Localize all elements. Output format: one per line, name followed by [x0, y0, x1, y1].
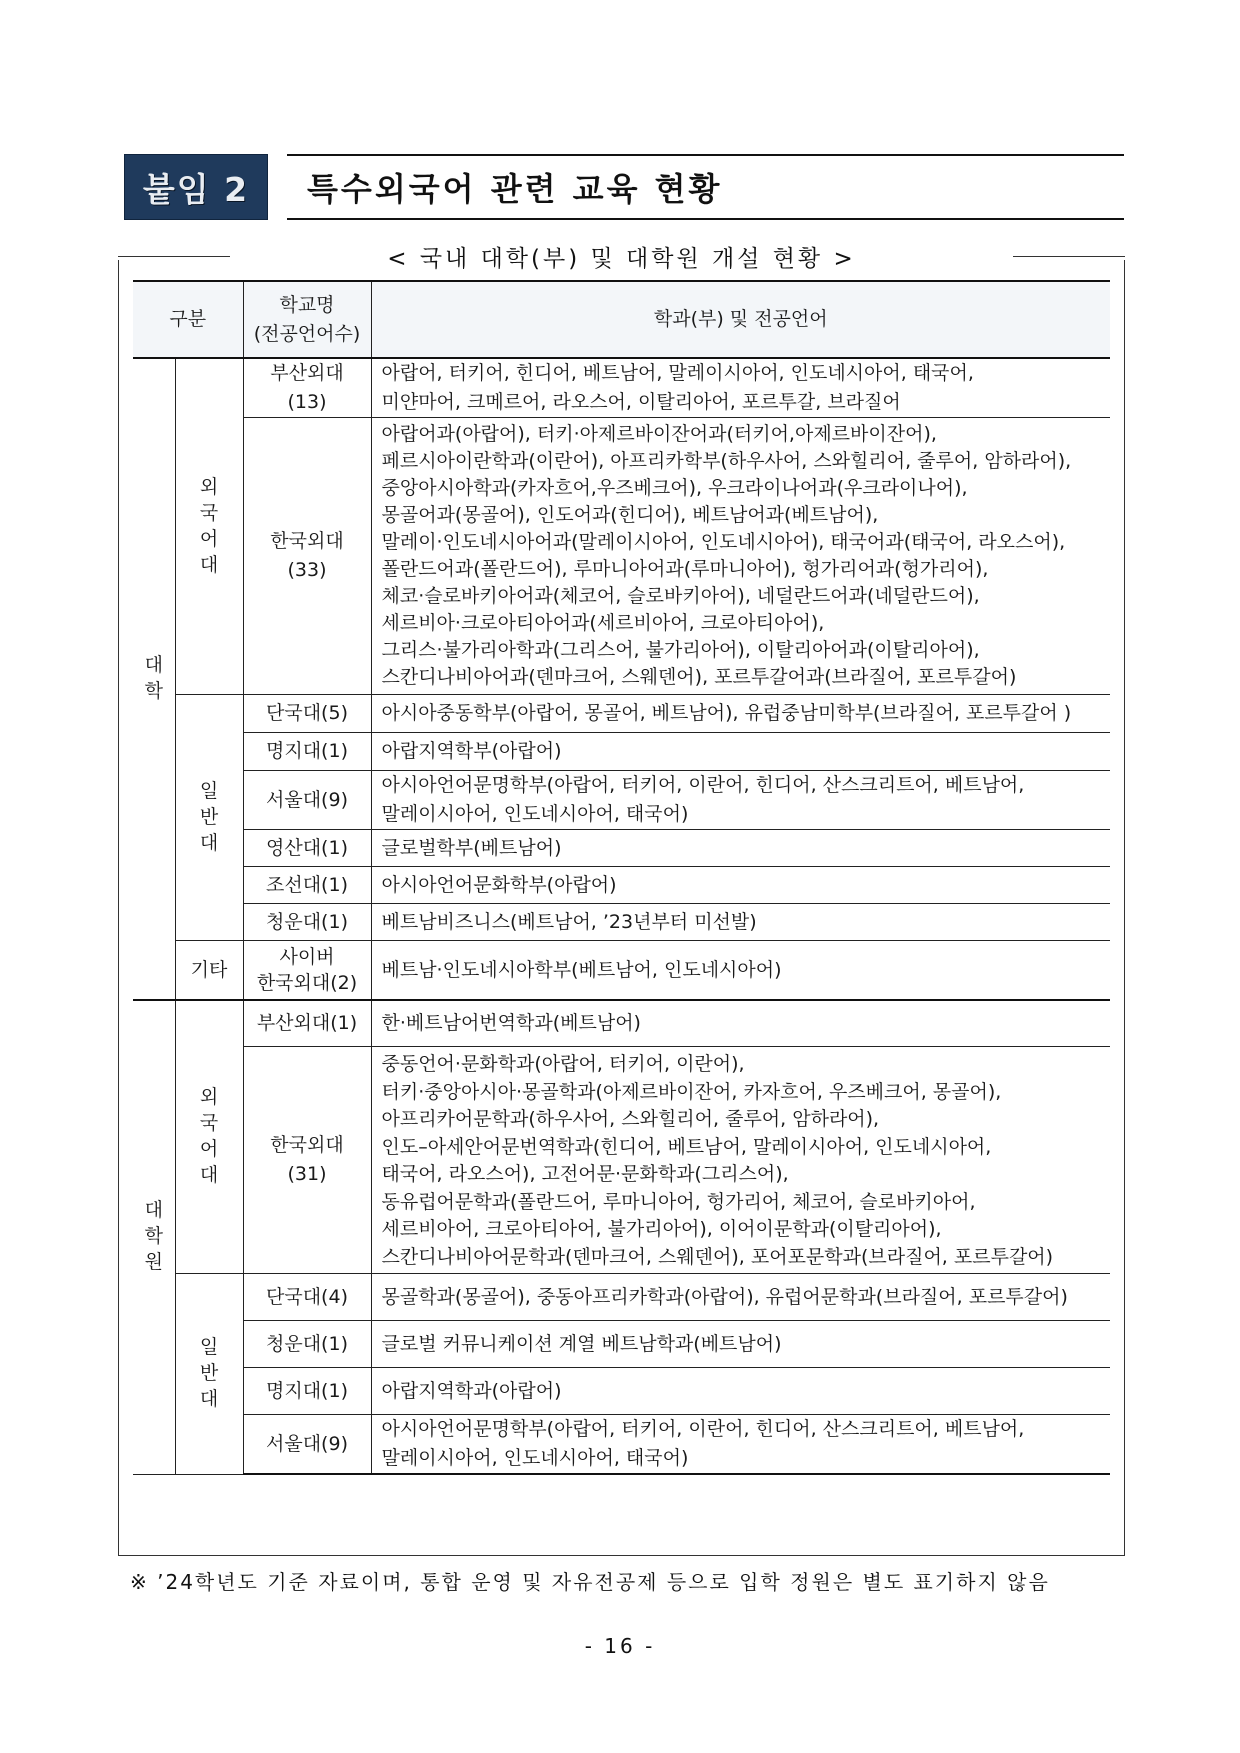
school-name: 영산대(1) [248, 834, 367, 863]
school-name: 서울대(9) [248, 1430, 367, 1459]
school-count: (33) [248, 556, 367, 585]
department-line: 아랍어과(아랍어), 터키·아제르바이잔어과(터키어,아제르바이잔어), [382, 421, 1101, 448]
school-cell: 청운대(1) [243, 904, 371, 941]
school-name: 명지대(1) [248, 1377, 367, 1406]
school-cell: 단국대(5) [243, 695, 371, 733]
department-line: 그리스·불가리아학과(그리스어, 불가리아어), 이탈리아어과(이탈리아어), [382, 637, 1101, 664]
footnote: ※ ’24학년도 기준 자료이며, 통합 운영 및 자유전공제 등으로 입학 정… [130, 1566, 1050, 1595]
attachment-badge: 붙임 2 [124, 154, 268, 220]
header-school-line1: 학교명 [254, 291, 361, 320]
table-row: 한국외대 (33) 아랍어과(아랍어), 터키·아제르바이잔어과(터키어,아제르… [133, 418, 1110, 695]
school-cell: 조선대(1) [243, 867, 371, 904]
group-undergrad-label: 대학 [143, 652, 164, 704]
department-line: 아시아언어문명학부(아랍어, 터키어, 이란어, 힌디어, 산스크리트어, 베트… [382, 771, 1101, 800]
subgroup-general-univ: 일반대 [175, 695, 243, 941]
group-grad-label: 대학원 [143, 1197, 164, 1275]
department-line: 페르시아이란학과(이란어), 아프리카학부(하우사어, 스와힐리어, 줄루어, … [382, 448, 1101, 475]
department-line: 글로벌 커뮤니케이션 계열 베트남학과(베트남어) [382, 1330, 1101, 1359]
table-row: 명지대(1) 아랍지역학과(아랍어) [133, 1368, 1110, 1415]
table-row: 청운대(1) 베트남비즈니스(베트남어, ’23년부터 미선발) [133, 904, 1110, 941]
departments-cell: 글로벌학부(베트남어) [371, 830, 1110, 867]
header-category: 구분 [133, 281, 243, 358]
subgroup-foreign-univ: 외국어대 [175, 358, 243, 695]
school-name: 부산외대 [248, 359, 367, 388]
departments-cell: 베트남비즈니스(베트남어, ’23년부터 미선발) [371, 904, 1110, 941]
department-line: 아시아언어문화학부(아랍어) [382, 871, 1101, 900]
department-line: 세르비아어, 크로아티아어, 불가리아어), 이어이문학과(이탈리아어), [382, 1216, 1101, 1244]
department-line: 중앙아시아학과(카자흐어,우즈베크어), 우크라이나어과(우크라이나어), [382, 475, 1101, 502]
departments-cell: 몽골학과(몽골어), 중동아프리카학과(아랍어), 유럽어문학과(브라질어, 포… [371, 1274, 1110, 1321]
department-line: 터키·중앙아시아·몽골학과(아제르바이잔어, 카자흐어, 우즈베크어, 몽골어)… [382, 1079, 1101, 1107]
document-title-block: 붙임 2 특수외국어 관련 교육 현황 [124, 154, 1124, 222]
school-cell: 명지대(1) [243, 1368, 371, 1415]
subgroup-general-univ: 일반대 [175, 1274, 243, 1475]
attachment-badge-label: 붙임 2 [143, 164, 249, 211]
departments-cell: 베트남·인도네시아학부(베트남어, 인도네시아어) [371, 941, 1110, 1001]
department-line: 중동언어·문화학과(아랍어, 터키어, 이란어), [382, 1051, 1101, 1079]
subgroup-general-univ-label: 일반대 [199, 1334, 220, 1412]
department-line: 베트남비즈니스(베트남어, ’23년부터 미선발) [382, 908, 1101, 937]
departments-cell: 아랍지역학과(아랍어) [371, 1368, 1110, 1415]
school-cell: 사이버 한국외대(2) [243, 941, 371, 1001]
school-cell: 단국대(4) [243, 1274, 371, 1321]
department-line: 아시아언어문명학부(아랍어, 터키어, 이란어, 힌디어, 산스크리트어, 베트… [382, 1415, 1101, 1444]
departments-cell: 아랍지역학부(아랍어) [371, 733, 1110, 771]
departments-cell: 글로벌 커뮤니케이션 계열 베트남학과(베트남어) [371, 1321, 1110, 1368]
department-line: 스칸디나비아어문학과(덴마크어, 스웨덴어), 포어포문학과(브라질어, 포르투… [382, 1244, 1101, 1272]
school-cell: 부산외대(1) [243, 1000, 371, 1047]
department-line: 한·베트남어번역학과(베트남어) [382, 1009, 1101, 1038]
subgroup-other: 기타 [175, 941, 243, 1001]
department-line: 말레이시아어, 인도네시아어, 태국어) [382, 800, 1101, 829]
school-count: (13) [248, 388, 367, 417]
department-line: 아랍지역학부(아랍어) [382, 737, 1101, 766]
department-line: 세르비아·크로아티아어과(세르비아어, 크로아티아어), [382, 610, 1101, 637]
school-cell: 한국외대 (33) [243, 418, 371, 695]
subgroup-foreign-univ-label: 외국어대 [199, 474, 220, 578]
page-number: - 16 - [0, 1634, 1240, 1658]
table-row: 일반대 단국대(5) 아시아중동학부(아랍어, 몽골어, 베트남어), 유럽중남… [133, 695, 1110, 733]
departments-cell: 아시아언어문명학부(아랍어, 터키어, 이란어, 힌디어, 산스크리트어, 베트… [371, 771, 1110, 830]
department-line: 태국어, 라오스어), 고전어문·문화학과(그리스어), [382, 1161, 1101, 1189]
department-line: 체코·슬로바키아어과(체코어, 슬로바키아어), 네덜란드어과(네덜란드어), [382, 583, 1101, 610]
education-status-table: 구분 학교명 (전공언어수) 학과(부) 및 전공언어 대학 외국어대 부산외대… [133, 280, 1110, 1475]
group-undergrad: 대학 [133, 358, 175, 1000]
school-cell: 한국외대 (31) [243, 1047, 371, 1274]
header-departments: 학과(부) 및 전공언어 [371, 281, 1110, 358]
department-line: 폴란드어과(폴란드어), 루마니아어과(루마니아어), 헝가리어과(헝가리어), [382, 556, 1101, 583]
departments-cell: 아랍어, 터키어, 힌디어, 베트남어, 말레이시아어, 인도네시아어, 태국어… [371, 358, 1110, 418]
department-line: 동유럽어문학과(폴란드어, 루마니아어, 헝가리어, 체코어, 슬로바키아어, [382, 1189, 1101, 1217]
department-line: 몽골학과(몽골어), 중동아프리카학과(아랍어), 유럽어문학과(브라질어, 포… [382, 1283, 1101, 1312]
subgroup-general-univ-label: 일반대 [199, 778, 220, 856]
department-line: 글로벌학부(베트남어) [382, 834, 1101, 863]
school-name: 사이버 [248, 944, 367, 970]
school-name: 청운대(1) [248, 1330, 367, 1359]
school-name: 한국외대 [248, 527, 367, 556]
departments-cell: 중동언어·문화학과(아랍어, 터키어, 이란어), 터키·중앙아시아·몽골학과(… [371, 1047, 1110, 1274]
title-rule-top [287, 154, 1124, 156]
table-caption: < 국내 대학(부) 및 대학원 개설 현황 > [118, 236, 1125, 276]
header-school-line2: (전공언어수) [254, 320, 361, 349]
group-grad: 대학원 [133, 1000, 175, 1474]
department-line: 미얀마어, 크메르어, 라오스어, 이탈리아어, 포르투갈, 브라질어 [382, 388, 1101, 417]
school-cell: 영산대(1) [243, 830, 371, 867]
departments-cell: 아시아언어문화학부(아랍어) [371, 867, 1110, 904]
subgroup-foreign-univ: 외국어대 [175, 1000, 243, 1274]
school-name: 청운대(1) [248, 908, 367, 937]
subgroup-foreign-univ-label: 외국어대 [199, 1084, 220, 1188]
school-cell: 청운대(1) [243, 1321, 371, 1368]
table-row: 대학 외국어대 부산외대 (13) 아랍어, 터키어, 힌디어, 베트남어, 말… [133, 358, 1110, 418]
table-row: 서울대(9) 아시아언어문명학부(아랍어, 터키어, 이란어, 힌디어, 산스크… [133, 1415, 1110, 1475]
department-line: 말레이시아어, 인도네시아어, 태국어) [382, 1444, 1101, 1473]
table-row: 기타 사이버 한국외대(2) 베트남·인도네시아학부(베트남어, 인도네시아어) [133, 941, 1110, 1001]
school-cell: 서울대(9) [243, 771, 371, 830]
school-name: 단국대(5) [248, 699, 367, 728]
department-line: 스칸디나비아어과(덴마크어, 스웨덴어), 포르투갈어과(브라질어, 포르투갈어… [382, 664, 1101, 691]
school-cell: 부산외대 (13) [243, 358, 371, 418]
school-cell: 명지대(1) [243, 733, 371, 771]
departments-cell: 아시아언어문명학부(아랍어, 터키어, 이란어, 힌디어, 산스크리트어, 베트… [371, 1415, 1110, 1475]
department-line: 아랍지역학과(아랍어) [382, 1377, 1101, 1406]
table-row: 영산대(1) 글로벌학부(베트남어) [133, 830, 1110, 867]
page-title: 특수외국어 관련 교육 현황 [307, 164, 722, 210]
department-line: 아랍어, 터키어, 힌디어, 베트남어, 말레이시아어, 인도네시아어, 태국어… [382, 359, 1101, 388]
table-row: 조선대(1) 아시아언어문화학부(아랍어) [133, 867, 1110, 904]
header-school: 학교명 (전공언어수) [243, 281, 371, 358]
school-name: 단국대(4) [248, 1283, 367, 1312]
table-subtitle: < 국내 대학(부) 및 대학원 개설 현황 > [118, 240, 1125, 273]
table-row: 일반대 단국대(4) 몽골학과(몽골어), 중동아프리카학과(아랍어), 유럽어… [133, 1274, 1110, 1321]
table-row: 한국외대 (31) 중동언어·문화학과(아랍어, 터키어, 이란어), 터키·중… [133, 1047, 1110, 1274]
departments-cell: 한·베트남어번역학과(베트남어) [371, 1000, 1110, 1047]
department-line: 베트남·인도네시아학부(베트남어, 인도네시아어) [382, 956, 1101, 985]
departments-cell: 아시아중동학부(아랍어, 몽골어, 베트남어), 유럽중남미학부(브라질어, 포… [371, 695, 1110, 733]
school-name: 부산외대(1) [248, 1009, 367, 1038]
school-name: 서울대(9) [248, 786, 367, 815]
table-row: 명지대(1) 아랍지역학부(아랍어) [133, 733, 1110, 771]
school-name: 한국외대(2) [248, 970, 367, 996]
table-row: 청운대(1) 글로벌 커뮤니케이션 계열 베트남학과(베트남어) [133, 1321, 1110, 1368]
department-line: 아프리카어문학과(하우사어, 스와힐리어, 줄루어, 암하라어), [382, 1106, 1101, 1134]
title-rule-bottom [287, 218, 1124, 220]
department-line: 인도–아세안어문번역학과(힌디어, 베트남어, 말레이시아어, 인도네시아어, [382, 1134, 1101, 1162]
table-row: 서울대(9) 아시아언어문명학부(아랍어, 터키어, 이란어, 힌디어, 산스크… [133, 771, 1110, 830]
school-name: 명지대(1) [248, 737, 367, 766]
school-cell: 서울대(9) [243, 1415, 371, 1475]
table-header-row: 구분 학교명 (전공언어수) 학과(부) 및 전공언어 [133, 281, 1110, 358]
school-name: 한국외대 [248, 1131, 367, 1160]
department-line: 몽골어과(몽골어), 인도어과(힌디어), 베트남어과(베트남어), [382, 502, 1101, 529]
table-row: 대학원 외국어대 부산외대(1) 한·베트남어번역학과(베트남어) [133, 1000, 1110, 1047]
school-name: 조선대(1) [248, 871, 367, 900]
department-line: 아시아중동학부(아랍어, 몽골어, 베트남어), 유럽중남미학부(브라질어, 포… [382, 699, 1101, 728]
departments-cell: 아랍어과(아랍어), 터키·아제르바이잔어과(터키어,아제르바이잔어), 페르시… [371, 418, 1110, 695]
department-line: 말레이·인도네시아어과(말레이시아어, 인도네시아어), 태국어과(태국어, 라… [382, 529, 1101, 556]
school-count: (31) [248, 1160, 367, 1189]
